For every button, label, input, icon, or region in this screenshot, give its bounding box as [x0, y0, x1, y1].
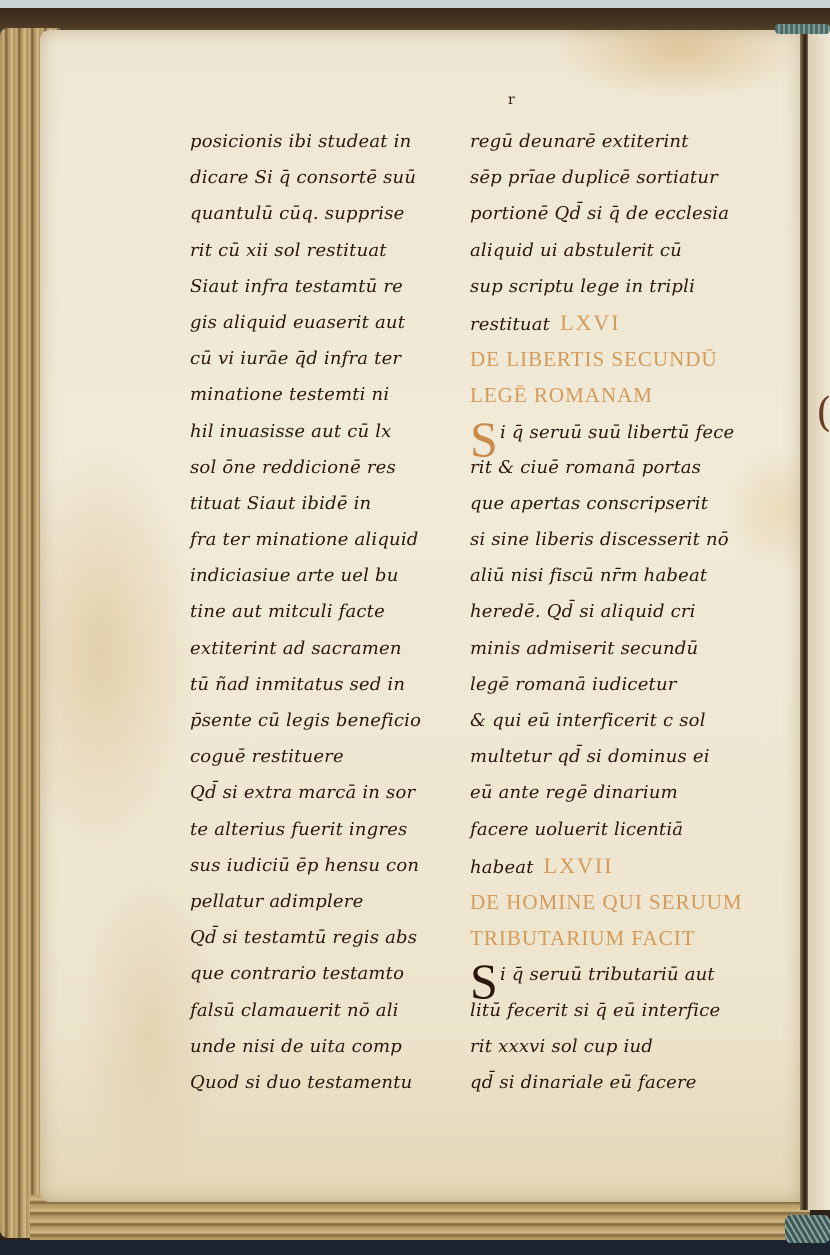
text-line: legē romanā iudicetur	[470, 667, 790, 703]
line-text: DE HOMINE QUI SERUUM	[470, 890, 743, 914]
line-text: i q̄ seruū tributariū aut	[500, 964, 715, 985]
text-line: rit & ciuē romanā portas	[470, 450, 790, 486]
text-line: aliquid ui abstulerit cū	[470, 233, 790, 269]
line-text: aliquid ui abstulerit cū	[470, 240, 682, 261]
text-line: eū ante regē dinarium	[470, 775, 790, 811]
text-line: cū vi iurāe q̄d infra ter	[190, 341, 460, 377]
text-line: gis aliquid euaserit aut	[190, 305, 460, 341]
text-line: multetur qd̄ si dominus ei	[470, 739, 790, 775]
line-text: litū fecerit si q̄ eū interfice	[470, 1000, 720, 1021]
text-line: Qd̄ si extra marcā in sor	[190, 775, 460, 811]
rubric-heading-line: DE HOMINE QUI SERUUM	[470, 884, 790, 920]
text-line: sup scriptu lege in tripli	[470, 269, 790, 305]
text-line: p̄sente cū legis beneficio	[190, 703, 460, 739]
line-text: & qui eū interficerit c sol	[470, 710, 706, 731]
text-line: sol ōne reddicionē res	[190, 450, 460, 486]
headband-top	[775, 24, 830, 34]
text-line: coguē restituere	[190, 739, 460, 775]
line-text: qd̄ si dinariale eū facere	[470, 1072, 697, 1093]
text-line: heredē. Qd̄ si aliquid cri	[470, 594, 790, 630]
page-stack-bottom-edge	[30, 1195, 810, 1245]
text-line: unde nisi de uita comp	[190, 1029, 460, 1065]
line-text: LEGĒ ROMANAM	[470, 383, 653, 407]
line-text: minis admiserit secundū	[470, 638, 698, 659]
facing-page-initial-fragment: (	[816, 390, 830, 436]
text-line: litū fecerit si q̄ eū interfice	[470, 993, 790, 1029]
text-line: minatione testemti ni	[190, 377, 460, 413]
text-line: Qd̄ si testamtū regis abs	[190, 920, 460, 956]
line-text: facere uoluerit licentiā	[470, 819, 683, 840]
text-line: regū deunarē extiterint	[470, 124, 790, 160]
text-line: extiterint ad sacramen	[190, 631, 460, 667]
line-text: rit & ciuē romanā portas	[470, 457, 701, 478]
chapter-number: LXVI	[560, 310, 621, 335]
line-text: multetur qd̄ si dominus ei	[470, 746, 710, 767]
text-line: Si q̄ seruū suū libertū fece	[470, 414, 790, 450]
line-text: habeat	[470, 857, 534, 878]
text-line: tituat Siaut ibidē in	[190, 486, 460, 522]
text-line: posicionis ibi studeat in	[190, 124, 460, 160]
text-line: aliū nisi fiscū nr̄m habeat	[470, 558, 790, 594]
text-line: portionē Qd̄ si q̄ de ecclesia	[470, 196, 790, 232]
text-line: quantulū cūq. supprise	[190, 196, 460, 232]
left-text-column: posicionis ibi studeat indicare Si q̄ co…	[190, 124, 460, 1101]
text-line: que contrario testamto	[190, 956, 460, 992]
line-text: que apertas conscripserit	[470, 493, 708, 514]
line-text: TRIBUTARIUM FACIT	[470, 926, 696, 950]
facing-page-fragment: (	[808, 30, 830, 1210]
rubric-heading-line: TRIBUTARIUM FACIT	[470, 920, 790, 956]
text-line: Siaut infra testamtū re	[190, 269, 460, 305]
line-text: eū ante regē dinarium	[470, 782, 678, 803]
text-line: rit xxxvi sol cup iud	[470, 1029, 790, 1065]
line-text: regū deunarē extiterint	[470, 131, 689, 152]
text-line: sēp prīae duplicē sortiatur	[470, 160, 790, 196]
text-line: qd̄ si dinariale eū facere	[470, 1065, 790, 1101]
text-line: fra ter minatione aliquid	[190, 522, 460, 558]
rubric-heading-line: DE LIBERTIS SECUNDŪ	[470, 341, 790, 377]
line-text: heredē. Qd̄ si aliquid cri	[470, 601, 696, 622]
text-line: que apertas conscripserit	[470, 486, 790, 522]
text-line: si sine liberis discesserit nō	[470, 522, 790, 558]
text-line: & qui eū interficerit c sol	[470, 703, 790, 739]
text-line: rit cū xii sol restituat	[190, 233, 460, 269]
text-line: minis admiserit secundū	[470, 631, 790, 667]
chapter-number: LXVII	[544, 853, 614, 878]
right-text-column: regū deunarē extiterintsēp prīae duplicē…	[470, 124, 790, 1101]
line-text: portionē Qd̄ si q̄ de ecclesia	[470, 203, 729, 224]
text-line: sus iudiciū ēp hensu con	[190, 848, 460, 884]
text-line: hil inuasisse aut cū lx	[190, 414, 460, 450]
headband-bottom	[785, 1215, 830, 1243]
text-line: restituatLXVI	[470, 305, 790, 341]
folio-mark: r	[508, 92, 515, 108]
text-line: Quod si duo testamentu	[190, 1065, 460, 1101]
text-line: te alterius fuerit ingres	[190, 812, 460, 848]
line-text: restituat	[470, 314, 550, 335]
line-text: i q̄ seruū suū libertū fece	[500, 422, 734, 443]
text-line: tū ñad inmitatus sed in	[190, 667, 460, 703]
text-line: Si q̄ seruū tributariū aut	[470, 956, 790, 992]
text-line: falsū clamauerit nō ali	[190, 993, 460, 1029]
line-text: DE LIBERTIS SECUNDŪ	[470, 347, 718, 371]
line-text: aliū nisi fiscū nr̄m habeat	[470, 565, 707, 586]
text-line: habeatLXVII	[470, 848, 790, 884]
text-line: pellatur adimplere	[190, 884, 460, 920]
line-text: rit xxxvi sol cup iud	[470, 1036, 653, 1057]
line-text: si sine liberis discesserit nō	[470, 529, 729, 550]
line-text: sēp prīae duplicē sortiatur	[470, 167, 718, 188]
rubric-heading-line: LEGĒ ROMANAM	[470, 377, 790, 413]
text-line: tine aut mitculi facte	[190, 594, 460, 630]
text-line: indiciasiue arte uel bu	[190, 558, 460, 594]
text-line: dicare Si q̄ consortē suū	[190, 160, 460, 196]
line-text: sup scriptu lege in tripli	[470, 276, 695, 297]
line-text: legē romanā iudicetur	[470, 674, 677, 695]
background-bottom	[0, 1240, 830, 1255]
text-line: facere uoluerit licentiā	[470, 812, 790, 848]
